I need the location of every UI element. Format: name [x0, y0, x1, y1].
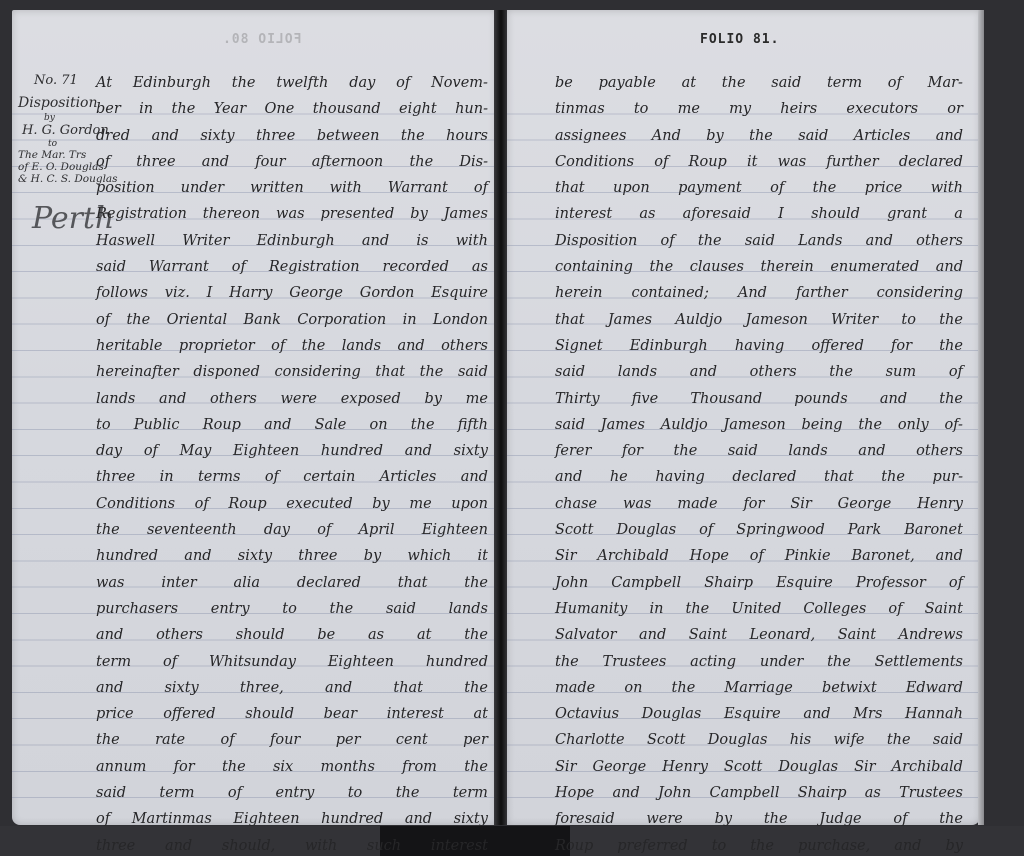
- word: alia: [233, 570, 260, 596]
- word: Scott: [647, 727, 685, 753]
- word: the: [464, 570, 488, 596]
- word: under: [181, 175, 224, 201]
- handwritten-line: HopeandJohnCampbellShairpasTrustees: [555, 780, 963, 806]
- word: farther: [796, 280, 848, 306]
- word: Andrews: [899, 622, 963, 648]
- word: At: [96, 70, 112, 96]
- word: considering: [877, 280, 963, 306]
- word: Campbell: [611, 570, 681, 596]
- word: hundred: [426, 649, 488, 675]
- word: George: [593, 754, 647, 780]
- word: Novem-: [431, 70, 488, 96]
- word: hun-: [455, 96, 488, 122]
- handwritten-line: andsixtythree,andthatthe: [96, 675, 488, 701]
- word: the: [96, 727, 120, 753]
- word: of: [271, 333, 285, 359]
- word: Douglas: [616, 517, 676, 543]
- handwritten-line: RegistrationthereonwaspresentedbyJames: [96, 201, 488, 227]
- word: Year: [214, 96, 246, 122]
- word: Writer: [182, 228, 229, 254]
- word: Pinkie: [785, 543, 831, 569]
- handwritten-line: therateoffourpercentper: [96, 727, 488, 753]
- word: the: [401, 123, 425, 149]
- handwritten-line: ThirtyfiveThousandpoundsandthe: [555, 386, 963, 412]
- word: and: [362, 228, 389, 254]
- word: Jameson: [746, 307, 808, 333]
- word: Judge: [819, 806, 861, 832]
- word: clauses: [690, 254, 744, 280]
- word: the: [232, 70, 256, 96]
- word: containing: [555, 254, 633, 280]
- word: betwixt: [822, 675, 877, 701]
- word: the: [722, 70, 746, 96]
- word: herein: [555, 280, 602, 306]
- word: a: [954, 201, 963, 227]
- word: and: [152, 123, 179, 149]
- word: Douglas: [642, 701, 702, 727]
- word: of: [654, 149, 668, 175]
- word: Edinburgh: [630, 333, 708, 359]
- word: that: [393, 675, 423, 701]
- word: Lands: [798, 228, 842, 254]
- word: acting: [690, 649, 736, 675]
- word: to: [348, 780, 363, 806]
- word: between: [317, 123, 380, 149]
- word: John: [555, 570, 588, 596]
- word: should: [236, 622, 285, 648]
- word: heirs: [780, 96, 817, 122]
- word: interest: [387, 701, 444, 727]
- word: Conditions: [96, 491, 175, 517]
- word: rate: [155, 727, 185, 753]
- word: of: [195, 491, 209, 517]
- word: the: [396, 780, 420, 806]
- word: at: [417, 622, 431, 648]
- word: foresaid: [555, 806, 615, 832]
- word: of: [699, 517, 713, 543]
- word: the: [222, 754, 246, 780]
- handwritten-line: positionunderwrittenwithWarrantof: [96, 175, 488, 201]
- word: the: [172, 96, 196, 122]
- word: upon: [613, 175, 650, 201]
- word: three: [298, 543, 337, 569]
- word: said: [96, 254, 126, 280]
- word: per: [336, 727, 361, 753]
- word: Gordon: [360, 280, 415, 306]
- word: and: [936, 254, 963, 280]
- word: for: [622, 438, 643, 464]
- word: Disposition: [555, 228, 637, 254]
- word: the: [939, 806, 963, 832]
- word: Articles: [854, 123, 911, 149]
- word: Esquire: [776, 570, 833, 596]
- word: Whitsunday: [209, 649, 296, 675]
- word: to: [634, 96, 649, 122]
- word: three: [256, 123, 295, 149]
- word: and: [894, 833, 921, 856]
- word: is: [416, 228, 428, 254]
- word: Public: [134, 412, 180, 438]
- word: it: [747, 149, 757, 175]
- word: sixty: [164, 675, 198, 701]
- word: by: [410, 201, 427, 227]
- word: interest: [555, 201, 612, 227]
- word: Hope: [690, 543, 729, 569]
- handwritten-line: Rouppreferredtothepurchase,andby: [555, 833, 963, 856]
- word: afternoon: [312, 149, 384, 175]
- word: price: [865, 175, 903, 201]
- word: said: [798, 123, 828, 149]
- word: months: [320, 754, 374, 780]
- handwritten-line: saidJamesAuldjoJamesonbeingtheonlyof-: [555, 412, 963, 438]
- word: with: [456, 228, 488, 254]
- word: said: [728, 438, 758, 464]
- word: as: [865, 780, 881, 806]
- word: Mar-: [928, 70, 963, 96]
- word: Archibald: [597, 543, 668, 569]
- word: Leonard,: [750, 622, 816, 648]
- word: entry: [275, 780, 314, 806]
- word: twelfth: [276, 70, 328, 96]
- word: in: [160, 464, 174, 490]
- word: Springwood: [736, 517, 825, 543]
- word: and: [202, 149, 229, 175]
- word: on: [370, 412, 388, 438]
- word: made: [677, 491, 717, 517]
- word: payable: [599, 70, 656, 96]
- word: Conditions: [555, 149, 634, 175]
- word: or: [947, 96, 963, 122]
- word: to: [96, 412, 111, 438]
- word: by: [945, 833, 962, 856]
- word: James: [608, 307, 652, 333]
- word: terms: [198, 464, 241, 490]
- word: Eighteen: [328, 649, 394, 675]
- handwritten-line: hereinafterdisponedconsideringthatthesai…: [96, 359, 488, 385]
- word: of: [949, 359, 963, 385]
- word: of: [396, 70, 410, 96]
- word: payment: [678, 175, 742, 201]
- word: should: [245, 701, 294, 727]
- word: Esquire: [724, 701, 781, 727]
- word: others: [156, 622, 203, 648]
- word: of: [228, 780, 242, 806]
- word: Saint: [838, 622, 876, 648]
- handwritten-line: toPublicRoupandSaleonthefifth: [96, 412, 488, 438]
- word: he: [610, 464, 628, 490]
- word: further: [826, 149, 878, 175]
- word: and: [165, 833, 192, 856]
- word: Roup: [203, 412, 241, 438]
- handwritten-line: theTrusteesactingundertheSettlements: [555, 649, 963, 675]
- handwritten-line: andothersshouldbeasatthe: [96, 622, 488, 648]
- word: bear: [324, 701, 357, 727]
- word: others: [750, 359, 797, 385]
- word: me: [466, 386, 488, 412]
- handwritten-line: DispositionofthesaidLandsandothers: [555, 228, 963, 254]
- word: the: [750, 833, 774, 856]
- handwritten-line: oftheOrientalBankCorporationinLondon: [96, 307, 488, 333]
- word: Baronet,: [851, 543, 914, 569]
- word: term: [159, 780, 194, 806]
- word: the: [409, 149, 433, 175]
- word: Mrs: [853, 701, 882, 727]
- word: and: [936, 543, 963, 569]
- word: four: [270, 727, 300, 753]
- word: Haswell: [96, 228, 155, 254]
- word: the: [686, 596, 710, 622]
- left-page: FOLIO 80. No. 71 Disposition by H. G. Go…: [12, 10, 496, 825]
- word: having: [655, 464, 704, 490]
- word: the: [939, 386, 963, 412]
- word: Salvator: [555, 622, 617, 648]
- word: of: [96, 806, 110, 832]
- handwritten-line: berintheYearOnethousandeighthun-: [96, 96, 488, 122]
- word: George: [838, 491, 892, 517]
- handwritten-line: SignetEdinburghhavingofferedforthe: [555, 333, 963, 359]
- word: only: [898, 412, 929, 438]
- handwritten-line: SalvatorandSaintLeonard,SaintAndrews: [555, 622, 963, 648]
- word: with: [330, 175, 362, 201]
- word: Trustees: [899, 780, 963, 806]
- word: at: [473, 701, 487, 727]
- word: follows: [96, 280, 148, 306]
- word: Colleges: [803, 596, 866, 622]
- handwritten-line: containingtheclausesthereinenumeratedand: [555, 254, 963, 280]
- word: Edward: [906, 675, 963, 701]
- word: the: [555, 649, 579, 675]
- word: from: [402, 754, 437, 780]
- word: hundred: [321, 806, 383, 832]
- word: others: [916, 228, 963, 254]
- handwritten-line: dredandsixtythreebetweenthehours: [96, 123, 488, 149]
- word: Roup: [228, 491, 266, 517]
- right-page-text: bepayableatthesaidtermofMar-tinmastomemy…: [555, 70, 963, 856]
- word: said: [96, 780, 126, 806]
- word: Dis-: [459, 149, 488, 175]
- word: by: [424, 386, 441, 412]
- word: fifth: [458, 412, 488, 438]
- word: Scott: [555, 517, 593, 543]
- word: Corporation: [297, 307, 386, 333]
- word: being: [801, 412, 842, 438]
- word: the: [464, 754, 488, 780]
- word: to: [282, 596, 297, 622]
- word: and: [858, 438, 885, 464]
- word: hereinafter: [96, 359, 179, 385]
- word: dred: [96, 123, 130, 149]
- word: Charlotte: [555, 727, 625, 753]
- word: pur-: [933, 464, 963, 490]
- word: six: [273, 754, 293, 780]
- word: and: [96, 675, 123, 701]
- word: Shairp: [798, 780, 847, 806]
- word: John: [658, 780, 691, 806]
- word: by: [364, 543, 381, 569]
- word: Trustees: [603, 649, 667, 675]
- word: it: [477, 543, 487, 569]
- word: the: [764, 806, 788, 832]
- word: three: [96, 464, 135, 490]
- handwritten-line: ofMartinmasEighteenhundredandsixty: [96, 806, 488, 832]
- word: at: [682, 70, 696, 96]
- word: of: [750, 543, 764, 569]
- handwritten-line: priceofferedshouldbearinterestat: [96, 701, 488, 727]
- word: me: [678, 96, 700, 122]
- word: and: [159, 386, 186, 412]
- word: executed: [286, 491, 353, 517]
- word: term: [827, 70, 862, 96]
- word: the: [887, 727, 911, 753]
- word: the: [698, 228, 722, 254]
- word: sixty: [454, 806, 488, 832]
- word: the: [649, 254, 673, 280]
- handwritten-line: saidtermofentrytotheterm: [96, 780, 488, 806]
- word: of-: [944, 412, 962, 438]
- word: the: [749, 123, 773, 149]
- word: written: [250, 175, 304, 201]
- handwritten-line: thatuponpaymentofthepricewith: [555, 175, 963, 201]
- word: that: [375, 359, 405, 385]
- word: three,: [240, 675, 284, 701]
- word: the: [420, 359, 444, 385]
- word: to: [712, 833, 727, 856]
- handwritten-line: heritableproprietorofthelandsandothers: [96, 333, 488, 359]
- word: Roup: [689, 149, 727, 175]
- word: by: [715, 806, 732, 832]
- word: sixty: [238, 543, 272, 569]
- word: entry: [211, 596, 250, 622]
- word: sum: [886, 359, 917, 385]
- word: contained;: [631, 280, 708, 306]
- handwritten-line: OctaviusDouglasEsquireandMrsHannah: [555, 701, 963, 727]
- word: was: [96, 570, 125, 596]
- word: the: [674, 438, 698, 464]
- word: interest: [431, 833, 488, 856]
- word: Sale: [315, 412, 347, 438]
- word: of: [317, 517, 331, 543]
- handwritten-line: saidWarrantofRegistrationrecordedas: [96, 254, 488, 280]
- word: such: [367, 833, 401, 856]
- handwritten-line: landsandotherswereexposedbyme: [96, 386, 488, 412]
- word: And: [738, 280, 767, 306]
- word: ber: [96, 96, 121, 122]
- handwritten-line: ConditionsofRoupitwasfurtherdeclared: [555, 149, 963, 175]
- handwritten-line: chasewasmadeforSirGeorgeHenry: [555, 491, 963, 517]
- word: offered: [163, 701, 215, 727]
- word: Thousand: [690, 386, 762, 412]
- word: of: [893, 806, 907, 832]
- word: and: [690, 359, 717, 385]
- word: the: [827, 649, 851, 675]
- word: which: [407, 543, 451, 569]
- word: the: [96, 517, 120, 543]
- word: aforesaid: [683, 201, 751, 227]
- word: term: [96, 649, 131, 675]
- word: annum: [96, 754, 146, 780]
- word: of: [770, 175, 784, 201]
- word: of: [220, 727, 234, 753]
- word: three: [136, 149, 175, 175]
- word: declared: [899, 149, 963, 175]
- word: of: [888, 596, 902, 622]
- word: Eighteen: [233, 438, 299, 464]
- word: I: [778, 201, 784, 227]
- right-page: FOLIO 81. bepayableatthesaidtermofMar-ti…: [507, 10, 980, 825]
- word: Martinmas: [132, 806, 212, 832]
- word: Saint: [925, 596, 963, 622]
- handwritten-line: wasinteraliadeclaredthatthe: [96, 570, 488, 596]
- word: the: [939, 333, 963, 359]
- word: Park: [848, 517, 881, 543]
- word: and: [866, 228, 893, 254]
- handwritten-line: termofWhitsundayEighteenhundred: [96, 649, 488, 675]
- word: his: [790, 727, 811, 753]
- word: lands: [342, 333, 381, 359]
- word: as: [368, 622, 384, 648]
- word: of: [163, 649, 177, 675]
- word: price: [96, 701, 134, 727]
- word: four: [255, 149, 285, 175]
- word: James: [601, 412, 645, 438]
- word: enumerated: [830, 254, 919, 280]
- word: the: [464, 675, 488, 701]
- word: Hope: [555, 780, 594, 806]
- word: said: [555, 359, 585, 385]
- word: for: [174, 754, 195, 780]
- word: One: [265, 96, 295, 122]
- word: Henry: [662, 754, 708, 780]
- word: for: [743, 491, 764, 517]
- handwritten-line: theseventeenthdayofAprilEighteen: [96, 517, 488, 543]
- word: of: [232, 254, 246, 280]
- word: Warrant: [149, 254, 209, 280]
- word: with: [305, 833, 337, 856]
- word: considering: [275, 359, 361, 385]
- word: pounds: [794, 386, 847, 412]
- word: Auldjo: [661, 412, 708, 438]
- word: Esquire: [431, 280, 488, 306]
- word: Harry: [229, 280, 272, 306]
- word: should,: [222, 833, 275, 856]
- word: were: [646, 806, 683, 832]
- word: three: [96, 833, 135, 856]
- word: was: [276, 201, 305, 227]
- word: offered: [811, 333, 863, 359]
- word: Edinburgh: [257, 228, 335, 254]
- word: of: [474, 175, 488, 201]
- word: chase: [555, 491, 597, 517]
- word: with: [931, 175, 963, 201]
- handwritten-line: ScottDouglasofSpringwoodParkBaronet: [555, 517, 963, 543]
- word: Henry: [917, 491, 963, 517]
- handwritten-line: AtEdinburghthetwelfthdayofNovem-: [96, 70, 488, 96]
- word: five: [632, 386, 658, 412]
- word: Douglas: [708, 727, 768, 753]
- word: declared: [297, 570, 361, 596]
- word: and: [397, 333, 424, 359]
- word: Archibald: [892, 754, 963, 780]
- word: Sir: [790, 491, 812, 517]
- handwritten-line: JohnCampbellShairpEsquireProfessorof: [555, 570, 963, 596]
- word: ferer: [555, 438, 591, 464]
- word: should: [811, 201, 860, 227]
- word: exposed: [341, 386, 401, 412]
- handwritten-line: hereincontained;Andfartherconsidering: [555, 280, 963, 306]
- word: said: [933, 727, 963, 753]
- word: and: [639, 622, 666, 648]
- handwritten-line: threeandshould,withsuchinterest: [96, 833, 488, 856]
